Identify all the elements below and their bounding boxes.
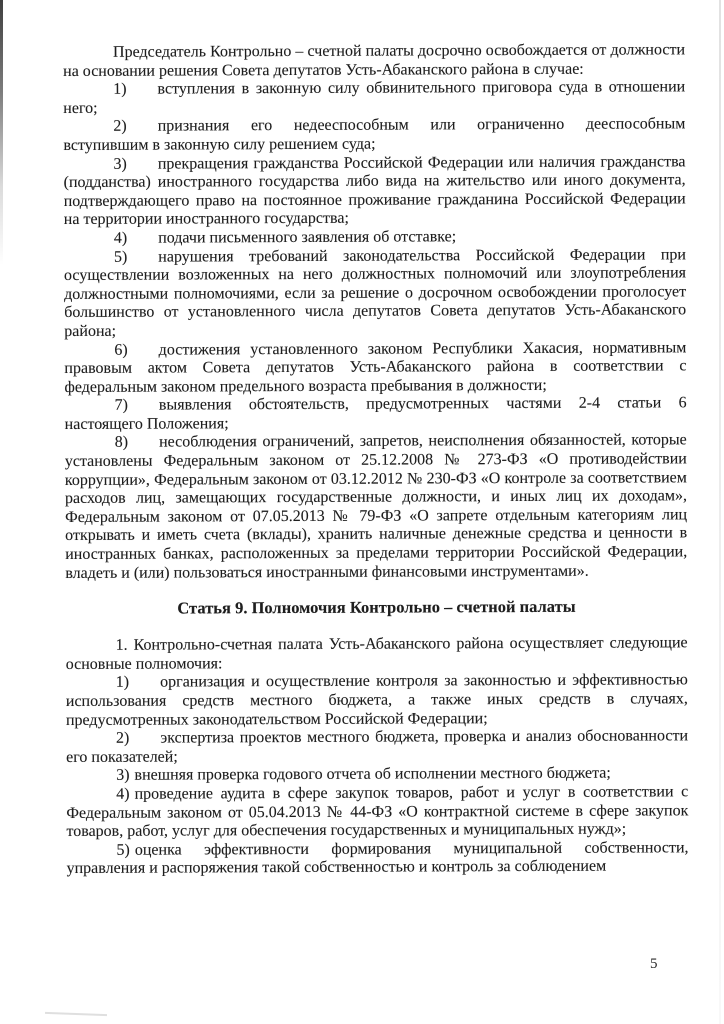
scan-artifact-left-edge — [0, 0, 3, 265]
item-number: 4) — [114, 230, 127, 247]
item-number: 1) — [113, 81, 126, 98]
dismissal-item-6: 6)достижения установленного законом Респ… — [64, 339, 686, 397]
item-text: нарушения требований законодательства Ро… — [64, 246, 686, 340]
item-number: 3) — [116, 767, 129, 784]
item-number: 5) — [114, 248, 127, 265]
scan-artifact-right-edge — [719, 0, 721, 1024]
article-9-item-1: 1)организация и осуществление контроля з… — [66, 672, 688, 730]
item-text: вступления в законную силу обвинительног… — [63, 78, 685, 116]
dismissal-item-1: 1)вступления в законную силу обвинительн… — [63, 78, 685, 118]
dismissal-item-3: 3)прекращения гражданства Российской Фед… — [63, 153, 685, 230]
item-text: организация и осуществление контроля за … — [66, 672, 688, 729]
scan-artifact-speck — [45, 1012, 107, 1016]
item-text: проведение аудита в сфере закупок товаро… — [66, 783, 688, 840]
article-9-item-4: 4)проведение аудита в сфере закупок това… — [66, 783, 688, 841]
article-9-heading: Статья 9. Полномочия Контрольно – счетно… — [65, 596, 687, 618]
item-text: достижения установленного законом Респуб… — [64, 339, 686, 396]
article-9-item-2: 2)экспертиза проектов местного бюджета, … — [66, 727, 688, 767]
dismissal-intro-paragraph: Председатель Контрольно – счетной палаты… — [63, 41, 685, 81]
dismissal-item-8: 8)несоблюдения ограничений, запретов, не… — [65, 432, 688, 583]
item-number: 2) — [113, 118, 126, 135]
item-number: 2) — [116, 730, 129, 747]
item-text: прекращения гражданства Российской Федер… — [64, 153, 686, 228]
dismissal-item-2: 2)признания его недееспособным или огран… — [63, 116, 685, 156]
scanned-document-page: Председатель Контрольно – счетной палаты… — [0, 0, 724, 1024]
item-text: внешняя проверка годового отчета об испо… — [134, 765, 610, 784]
document-content: Председатель Контрольно – счетной палаты… — [63, 41, 689, 879]
page-number: 5 — [650, 956, 658, 973]
item-text: несоблюдения ограничений, запретов, неис… — [65, 432, 687, 582]
item-text: выявления обстоятельств, предусмотренных… — [65, 395, 687, 433]
item-text: экспертиза проектов местного бюджета, пр… — [66, 727, 688, 765]
article-9-item-5: 5)оценка эффективности формирования муни… — [66, 839, 688, 879]
article-9-intro-paragraph: 1. Контрольно-счетная палата Усть-Абакан… — [66, 634, 688, 674]
dismissal-item-5: 5)нарушения требований законодательства … — [64, 246, 686, 342]
item-number: 1) — [116, 674, 129, 691]
item-text: оценка эффективности формирования муници… — [67, 839, 689, 877]
item-text: признания его недееспособным или огранич… — [63, 116, 685, 154]
item-number: 8) — [115, 434, 128, 451]
item-number: 7) — [115, 397, 128, 414]
item-text: подачи письменного заявления об отставке… — [158, 228, 456, 246]
item-number: 3) — [113, 155, 126, 172]
item-number: 4) — [116, 786, 129, 803]
item-number: 5) — [116, 841, 129, 858]
dismissal-item-7: 7)выявления обстоятельств, предусмотренн… — [65, 395, 687, 435]
item-number: 6) — [114, 341, 127, 358]
